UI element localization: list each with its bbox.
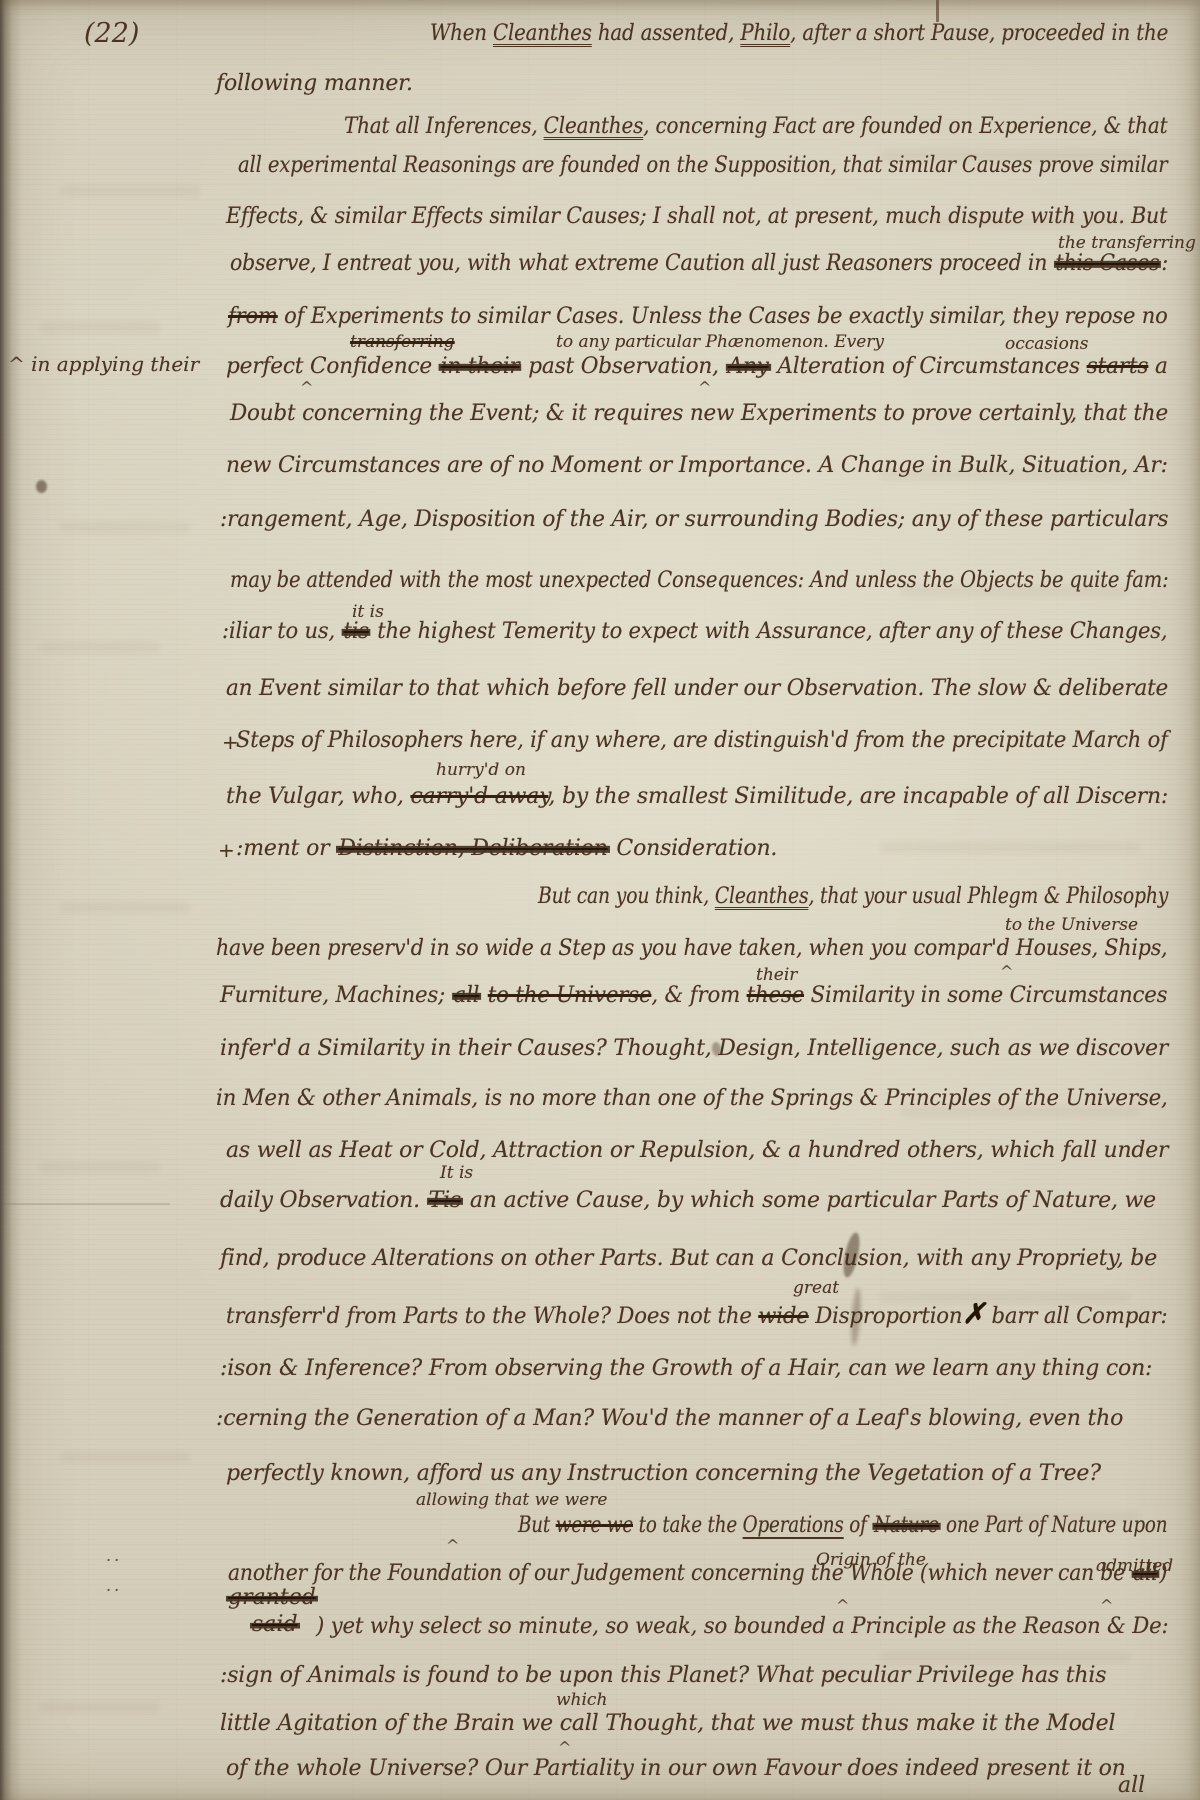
- manuscript-line: as well as Heat or Cold, Attraction or R…: [226, 1134, 1168, 1168]
- struck-text: these: [747, 983, 804, 1008]
- interlinear-insertion: it is: [352, 602, 384, 622]
- manuscript-line: of the whole Universe? Our Partiality in…: [226, 1752, 1126, 1786]
- text-run: transferr'd from Parts to the Whole? Doe…: [226, 1304, 758, 1329]
- margin-plus-mark: +: [218, 840, 235, 860]
- manuscript-line: :sign of Animals is found to be upon thi…: [220, 1659, 1106, 1693]
- text-run: But can you think,: [538, 884, 715, 909]
- verso-showthrough: [40, 322, 160, 333]
- insertion-caret: ^: [300, 378, 313, 398]
- manuscript-line: :cerning the Generation of a Man? Wou'd …: [216, 1402, 1123, 1436]
- interlinear-insertion: occasions: [1005, 334, 1088, 354]
- manuscript-line: Steps of Philosophers here, if any where…: [236, 724, 1168, 758]
- text-run: Doubt concerning the Event; & it require…: [230, 401, 1168, 426]
- text-run: the highest Temerity to expect with Assu…: [371, 619, 1168, 644]
- text-run: , by the smallest Similitude, are incapa…: [548, 784, 1168, 809]
- interlinear-insertion: It is: [440, 1163, 473, 1183]
- scribbled-out-text: Nature: [872, 1513, 940, 1538]
- text-run: have been preserv'd in so wide a Step as…: [216, 936, 1167, 961]
- manuscript-line: may be attended with the most unexpected…: [230, 564, 1168, 598]
- struck-text: carry'd away: [410, 784, 548, 809]
- text-run: observe, I entreat you, with what extrem…: [230, 251, 1054, 276]
- deleted-word: said: [250, 1615, 300, 1635]
- manuscript-line: in Men & other Animals, is no more than …: [216, 1082, 1168, 1116]
- text-run: :cerning the Generation of a Man? Wou'd …: [216, 1406, 1123, 1431]
- text-run: , that your usual Phlegm & Philosophy: [808, 884, 1168, 909]
- interlinear-insertion: to any particular Phænomenon. Every: [556, 332, 884, 352]
- text-run: , & from: [651, 983, 746, 1008]
- underlined-name: Cleanthes: [715, 884, 809, 909]
- interlinear-insertion: allowing that we were: [416, 1490, 607, 1510]
- insertion-caret: ^: [1100, 1596, 1113, 1616]
- insertion-caret: ^: [558, 1738, 571, 1758]
- text-run: may be attended with the most unexpected…: [230, 568, 1168, 593]
- text-run: :ison & Inference? From observing the Gr…: [220, 1356, 1152, 1381]
- text-run: of the whole Universe? Our Partiality in…: [226, 1756, 1126, 1781]
- text-run: infer'd a Similarity in their Causes? Th…: [220, 1036, 1168, 1061]
- text-run: , concerning Fact are founded on Experie…: [643, 114, 1167, 139]
- manuscript-line: an Event similar to that which before fe…: [226, 672, 1168, 706]
- insertion-caret: ^: [1000, 962, 1013, 982]
- text-run: a: [1148, 354, 1167, 379]
- manuscript-line: from of Experiments to similar Cases. Un…: [228, 300, 1168, 334]
- scribbled-out-text: this Cases: [1054, 251, 1162, 276]
- text-run: :iliar to us,: [222, 619, 342, 644]
- text-run: all experimental Reasonings are founded …: [238, 153, 1167, 178]
- margin-plus-mark: +: [222, 732, 239, 752]
- text-run: :: [1161, 251, 1168, 276]
- verso-showthrough: [60, 522, 190, 533]
- verso-showthrough: [60, 902, 190, 913]
- page-number: (22): [84, 18, 139, 49]
- text-run: ) yet why select so minute, so weak, so …: [316, 1614, 1168, 1639]
- manuscript-line: Furniture, Machines; all to the Universe…: [220, 979, 1167, 1013]
- manuscript-line: transferr'd from Parts to the Whole? Doe…: [226, 1297, 1168, 1334]
- scribbled-out-text: tis: [342, 619, 371, 644]
- margin-note: ^ in applying their: [8, 354, 199, 374]
- manuscript-line: all experimental Reasonings are founded …: [238, 149, 1167, 183]
- text-run: daily Observation.: [220, 1188, 427, 1213]
- text-run: of Experiments to similar Cases. Unless …: [278, 304, 1168, 329]
- text-run: Consideration.: [610, 836, 778, 861]
- verso-showthrough: [40, 642, 160, 653]
- text-run: another for the Foundation of our Judgem…: [228, 1561, 1131, 1586]
- manuscript-line: Effects, & similar Effects similar Cause…: [226, 200, 1167, 234]
- underlined-name: Philo: [740, 21, 790, 46]
- text-run: :sign of Animals is found to be upon thi…: [220, 1663, 1106, 1688]
- text-run: little Agitation of the Brain we call Th…: [220, 1711, 1115, 1736]
- text-run: perfect Confidence: [226, 354, 439, 379]
- text-run: :rangement, Age, Disposition of the Air,…: [220, 507, 1168, 532]
- text-run: Effects, & similar Effects similar Cause…: [226, 204, 1167, 229]
- underlined-name: Cleanthes: [544, 114, 644, 139]
- ink-stain: [36, 480, 47, 493]
- struck-text: starts: [1087, 354, 1149, 379]
- text-run: past Observation,: [522, 354, 726, 379]
- scribbled-out-text: Any: [726, 354, 771, 379]
- manuscript-line: new Circumstances are of no Moment or Im…: [226, 449, 1168, 483]
- manuscript-line: But were we to take the Operations of Na…: [518, 1509, 1167, 1543]
- interlinear-insertion: great: [793, 1278, 839, 1298]
- text-run: , after a short Pause, proceeded in the: [790, 21, 1168, 46]
- text-run: one Part of Nature upon: [940, 1513, 1167, 1538]
- manuscript-line: :rangement, Age, Disposition of the Air,…: [220, 503, 1168, 537]
- margin-dot-mark: ..: [106, 1576, 122, 1596]
- text-run: barr all Compar:: [985, 1304, 1168, 1329]
- text-run: of: [844, 1513, 873, 1538]
- verso-showthrough: [60, 1452, 190, 1463]
- text-run: But: [518, 1513, 556, 1538]
- manuscript-page: (22) When Cleanthes had assented, Philo,…: [0, 0, 1200, 1800]
- text-run: an active Cause, by which some particula…: [463, 1188, 1156, 1213]
- text-run: When: [430, 21, 493, 46]
- text-run: That all Inferences,: [344, 114, 544, 139]
- struck-text: were we: [556, 1513, 633, 1538]
- text-run: Alteration of Circumstances: [771, 354, 1087, 379]
- deletion-x-mark: ✗: [962, 1297, 984, 1330]
- manuscript-line: daily Observation. Tis an active Cause, …: [220, 1184, 1156, 1218]
- verso-showthrough: [880, 842, 1140, 853]
- text-run: find, produce Alterations on other Parts…: [220, 1246, 1157, 1271]
- underlined-word: Operations: [743, 1513, 844, 1538]
- interlinear-insertion: hurry'd on: [436, 760, 526, 780]
- verso-showthrough: [60, 185, 200, 196]
- manuscript-line: another for the Foundation of our Judgem…: [228, 1557, 1167, 1591]
- interlinear-insertion-deleted: transferring: [350, 332, 455, 352]
- interlinear-insertion: to the Universe: [1005, 915, 1138, 935]
- manuscript-line: When Cleanthes had assented, Philo, afte…: [430, 17, 1168, 51]
- text-run: Similarity in some Circumstances: [804, 983, 1167, 1008]
- manuscript-line: But can you think, Cleanthes, that your …: [538, 880, 1168, 914]
- manuscript-line: :ment or Distinction, Deliberation Consi…: [236, 832, 777, 866]
- scribbled-out-text: in their: [439, 354, 522, 379]
- manuscript-line: Doubt concerning the Event; & it require…: [230, 397, 1168, 431]
- manuscript-line: observe, I entreat you, with what extrem…: [230, 247, 1168, 281]
- text-run: Disproportion: [809, 1304, 963, 1329]
- margin-dot-mark: ..: [106, 1546, 122, 1566]
- manuscript-line: perfect Confidence in their past Observa…: [226, 350, 1168, 384]
- text-run: had assented,: [592, 21, 741, 46]
- text-run: the Vulgar, who,: [226, 784, 410, 809]
- text-run: an Event similar to that which before fe…: [226, 676, 1168, 701]
- struck-text: wide: [758, 1304, 808, 1329]
- insertion-caret: ^: [446, 1536, 459, 1556]
- insertion-caret: ^: [698, 378, 711, 398]
- insertion-caret: ^: [836, 1596, 849, 1616]
- interlinear-insertion: admitted: [1096, 1556, 1173, 1576]
- struck-text: to the Universe: [488, 983, 652, 1008]
- interlinear-insertion: Origin of the: [816, 1550, 926, 1570]
- struck-text: from: [228, 304, 278, 329]
- interlinear-insertion: their: [756, 965, 797, 985]
- text-run: Steps of Philosophers here, if any where…: [236, 728, 1168, 753]
- scribbled-out-text: all: [452, 983, 482, 1008]
- manuscript-line: have been preserv'd in so wide a Step as…: [216, 932, 1167, 966]
- text-run: perfectly known, afford us any Instructi…: [226, 1461, 1101, 1486]
- text-run: following manner.: [216, 71, 413, 96]
- deleted-word: granted: [226, 1588, 318, 1608]
- interlinear-insertion: the transferring: [1058, 233, 1196, 253]
- manuscript-line: That all Inferences, Cleanthes, concerni…: [344, 110, 1167, 144]
- text-run: Furniture, Machines;: [220, 983, 452, 1008]
- manuscript-line: the Vulgar, who, carry'd away, by the sm…: [226, 780, 1168, 814]
- text-run: in Men & other Animals, is no more than …: [216, 1086, 1168, 1111]
- manuscript-line: find, produce Alterations on other Parts…: [220, 1242, 1157, 1276]
- manuscript-line: perfectly known, afford us any Instructi…: [226, 1457, 1101, 1491]
- manuscript-line: little Agitation of the Brain we call Th…: [220, 1707, 1115, 1741]
- manuscript-line: ) yet why select so minute, so weak, so …: [316, 1610, 1168, 1644]
- manuscript-line: infer'd a Similarity in their Causes? Th…: [220, 1032, 1168, 1066]
- interlinear-insertion: which: [556, 1690, 607, 1710]
- text-run: :ment or: [236, 836, 336, 861]
- scribbled-out-text: Tis: [427, 1188, 463, 1213]
- line-continuation: all: [1118, 1776, 1145, 1796]
- text-run: new Circumstances are of no Moment or Im…: [226, 453, 1168, 478]
- scribbled-out-text: Distinction, Deliberation: [336, 836, 609, 861]
- manuscript-line: :ison & Inference? From observing the Gr…: [220, 1352, 1152, 1386]
- manuscript-line: following manner.: [216, 67, 413, 101]
- verso-showthrough: [40, 1702, 160, 1713]
- underlined-name: Cleanthes: [493, 21, 592, 46]
- text-run: to take the: [633, 1513, 743, 1538]
- verso-showthrough: [40, 1162, 160, 1173]
- text-run: as well as Heat or Cold, Attraction or R…: [226, 1138, 1168, 1163]
- paper-crease: [0, 1203, 170, 1205]
